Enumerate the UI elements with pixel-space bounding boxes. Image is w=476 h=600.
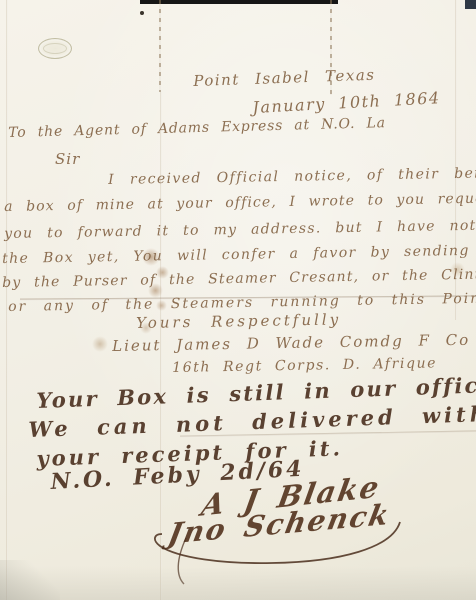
place-line: Point Isabel Texas xyxy=(193,66,376,90)
body-line: a box of mine at your office, I wrote to… xyxy=(4,190,476,215)
fold-crease-center-top xyxy=(159,0,161,92)
date-line: January 10th 1864 xyxy=(252,88,441,117)
address-line: To the Agent of Adams Express at N.O. La xyxy=(8,115,386,141)
scan-edge-top-bar xyxy=(140,0,338,4)
dust-speck xyxy=(140,11,144,15)
scanned-letter-page: Point Isabel Texas January 10th 1864 To … xyxy=(0,0,476,600)
body-line: I received Official notice, of their bei… xyxy=(108,165,476,188)
scan-corner-shadow xyxy=(0,560,60,600)
scan-edge-corner-mark xyxy=(465,0,476,9)
scan-bottom-shadow xyxy=(0,566,476,600)
officer-signature-line: Lieut James D Wade Comdg F Co xyxy=(112,331,470,355)
body-line: the Box yet, You will confer a favor by … xyxy=(2,242,476,267)
body-line: by the Purser of the Steamer Cresant, or… xyxy=(2,266,476,291)
closing-line: Yours Respectfully xyxy=(136,310,341,332)
ink-stain xyxy=(92,336,108,352)
salutation: Sir xyxy=(55,150,80,168)
body-line: you to forward it to my address. but I h… xyxy=(4,217,476,242)
regiment-line: 16th Regt Corps. D. Afrique xyxy=(172,355,437,376)
embossed-oval-seal xyxy=(38,38,72,59)
